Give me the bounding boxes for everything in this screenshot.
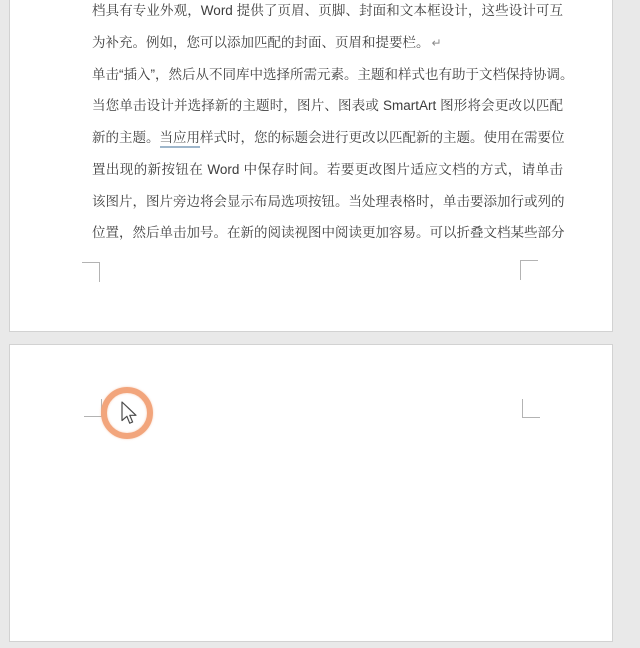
text-line-5[interactable]: 新的主题。当应用样式时，您的标题会进行更改以匹配新的主题。使用在需要位 (92, 122, 563, 154)
text-line-2-text: 为补充。例如，您可以添加匹配的封面、页眉和提要栏。 (92, 35, 430, 50)
margin-mark-top-left (84, 399, 102, 417)
margin-mark-bottom-left (82, 262, 100, 282)
text-line-5-after: 样式时，您的标题会进行更改以匹配新的主题。使用在需要位 (200, 130, 565, 145)
text-line-5-before: 新的主题。 (92, 130, 160, 145)
document-canvas: 档具有专业外观，Word 提供了页眉、页脚、封面和文本框设计，这些设计可互 为补… (0, 0, 640, 648)
paragraph-mark-icon: ↵ (432, 36, 442, 50)
page-2[interactable] (9, 344, 613, 642)
text-line-7[interactable]: 该图片，图片旁边将会显示布局选项按钮。当处理表格时，单击要添加行或列的 (92, 186, 563, 218)
mouse-cursor-icon (120, 401, 137, 426)
margin-mark-top-right (522, 399, 540, 418)
page-1[interactable]: 档具有专业外观，Word 提供了页眉、页脚、封面和文本框设计，这些设计可互 为补… (9, 0, 613, 332)
grammar-flagged-text[interactable]: 当应用 (160, 130, 201, 148)
margin-mark-bottom-right (520, 260, 538, 280)
text-line-3[interactable]: 单击“插入”，然后从不同库中选择所需元素。主题和样式也有助于文档保持协调。 (92, 59, 563, 91)
text-column: 档具有专业外观，Word 提供了页眉、页脚、封面和文本框设计，这些设计可互 为补… (92, 0, 563, 249)
text-line-1[interactable]: 档具有专业外观，Word 提供了页眉、页脚、封面和文本框设计，这些设计可互 (92, 0, 563, 27)
text-line-4[interactable]: 当您单击设计并选择新的主题时，图片、图表或 SmartArt 图形将会更改以匹配 (92, 90, 563, 122)
text-line-6[interactable]: 置出现的新按钮在 Word 中保存时间。若要更改图片适应文档的方式，请单击 (92, 154, 563, 186)
text-line-8[interactable]: 位置，然后单击加号。在新的阅读视图中阅读更加容易。可以折叠文档某些部分 (92, 217, 563, 249)
text-line-2[interactable]: 为补充。例如，您可以添加匹配的封面、页眉和提要栏。↵ (92, 27, 563, 59)
